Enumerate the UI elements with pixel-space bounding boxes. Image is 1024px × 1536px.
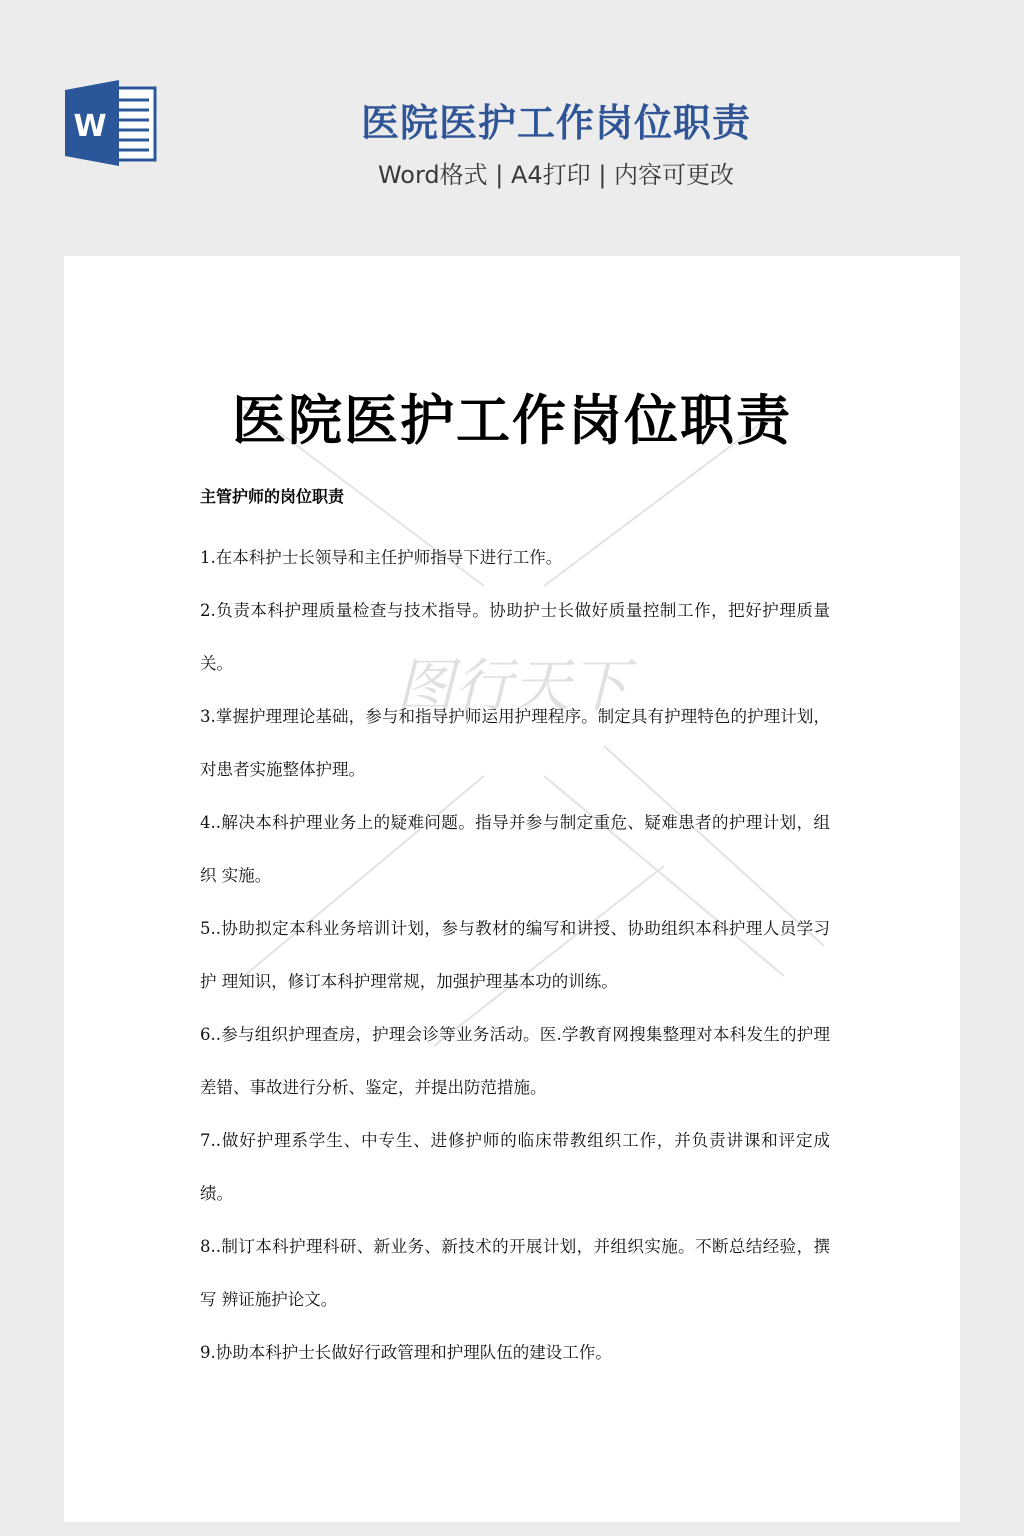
duty-item: 6..参与组织护理查房，护理会诊等业务活动。医.学教育网搜集整理对本科发生的护理… bbox=[200, 1008, 830, 1114]
duty-item: 1.在本科护士长领导和主任护师指导下进行工作。 bbox=[200, 531, 830, 584]
duty-item: 3.掌握护理理论基础，参与和指导护师运用护理程序。制定具有护理特色的护理计划， … bbox=[200, 690, 830, 796]
section-heading: 主管护师的岗位职责 bbox=[200, 484, 344, 507]
document-page: 图行天下 医院医护工作岗位职责 主管护师的岗位职责 1.在本科护士长领导和主任护… bbox=[64, 256, 960, 1522]
duty-list: 1.在本科护士长领导和主任护师指导下进行工作。 2.负责本科护理质量检查与技术指… bbox=[200, 531, 830, 1379]
svg-text:W: W bbox=[73, 109, 106, 144]
banner-title: 医院医护工作岗位职责 bbox=[300, 92, 812, 147]
duty-item: 8..制订本科护理科研、新业务、新技术的开展计划，并组织实施。不断总结经验，撰写… bbox=[200, 1220, 830, 1326]
duty-item: 4..解决本科护理业务上的疑难问题。指导并参与制定重危、疑难患者的护理计划，组织… bbox=[200, 796, 830, 902]
duty-item: 5..协助拟定本科业务培训计划，参与教材的编写和讲授、协助组织本科护理人员学习护… bbox=[200, 902, 830, 1008]
banner-subtitle: Word格式 | A4打印 | 内容可更改 bbox=[300, 155, 812, 190]
duty-item: 7..做好护理系学生、中专生、进修护师的临床带教组织工作，并负责讲课和评定成绩。 bbox=[200, 1114, 830, 1220]
duty-item: 2.负责本科护理质量检查与技术指导。协助护士长做好质量控制工作，把好护理质量关。 bbox=[200, 584, 830, 690]
word-document-icon: W bbox=[65, 80, 157, 166]
duty-item: 9.协助本科护士长做好行政管理和护理队伍的建设工作。 bbox=[200, 1326, 830, 1379]
banner-header: W 医院医护工作岗位职责 Word格式 | A4打印 | 内容可更改 bbox=[0, 0, 1024, 240]
document-title: 医院医护工作岗位职责 bbox=[64, 378, 960, 455]
